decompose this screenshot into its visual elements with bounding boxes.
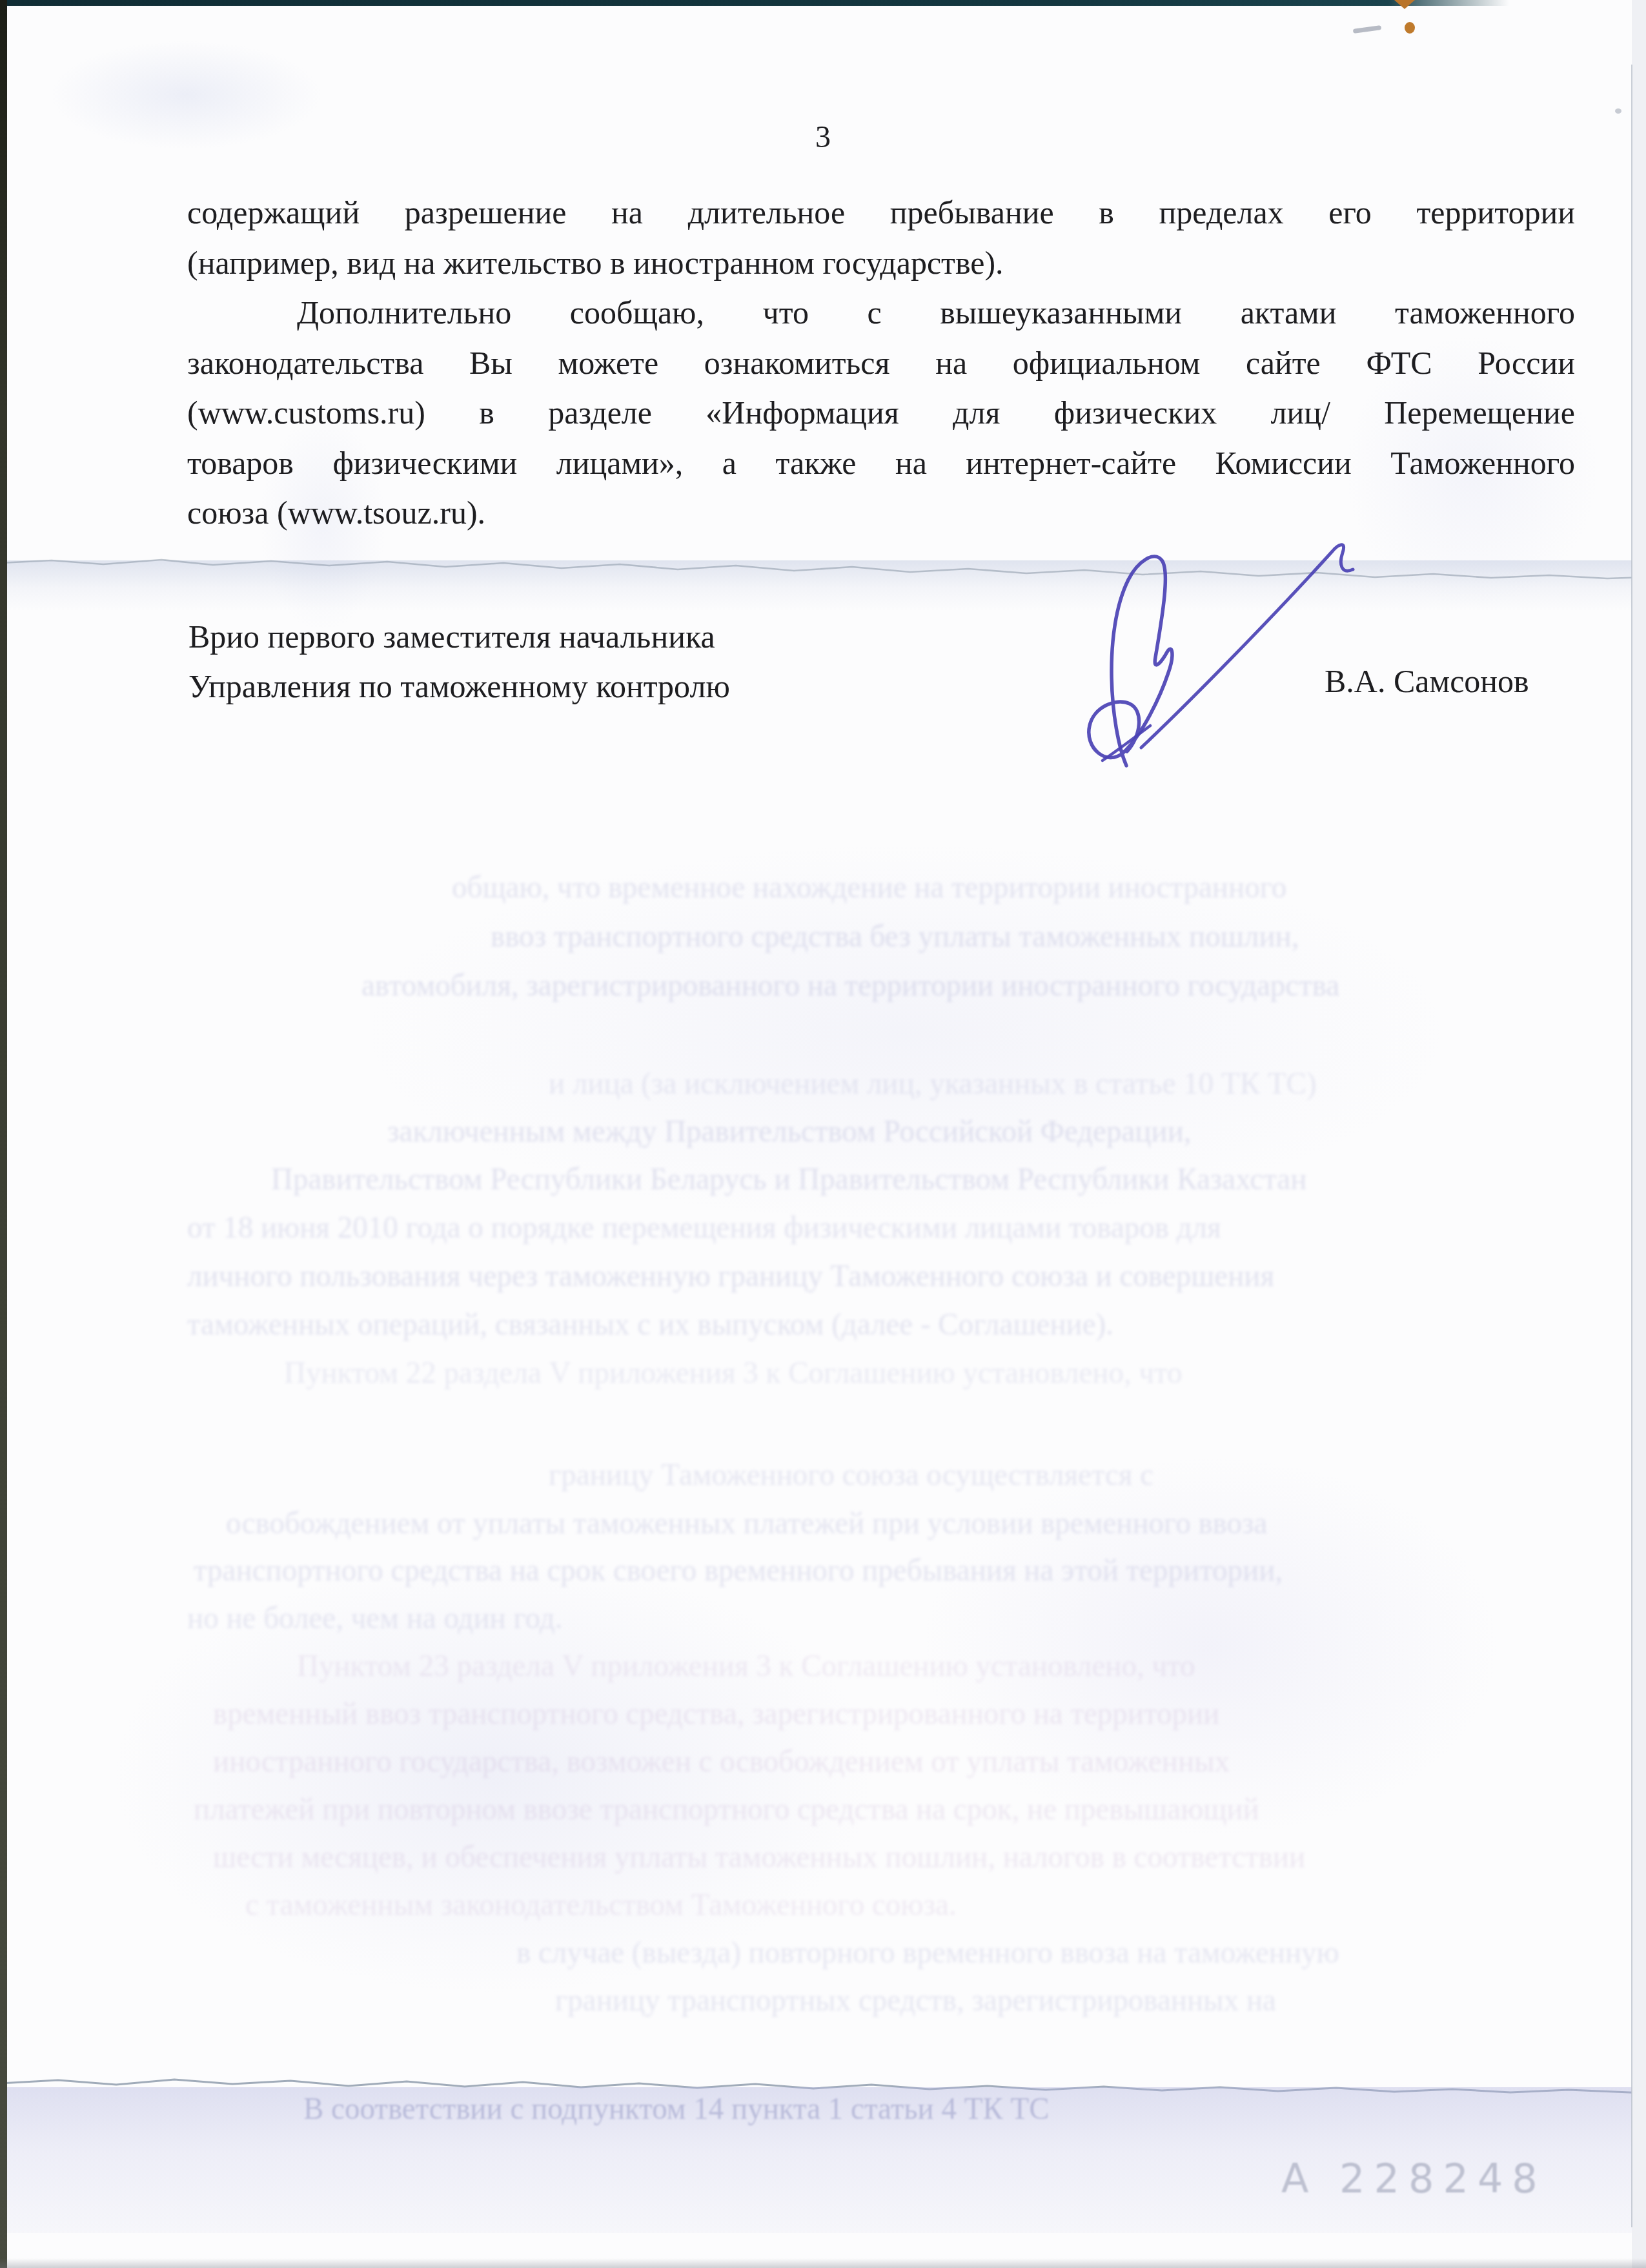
ink-speck — [1405, 22, 1415, 34]
bleed-through-line: границу транспортных средств, зарегистри… — [555, 1983, 1575, 2018]
bleed-through-line: В соответствии с подпунктом 14 пункта 1 … — [303, 2091, 1569, 2127]
handwritten-signature — [1065, 535, 1427, 773]
bleed-through-line: Правительством Республики Беларусь и Пра… — [271, 1161, 1575, 1197]
bleed-through-line: таможенных операций, связанных с их выпу… — [187, 1307, 1575, 1342]
letter-body: содержащий разрешение на длительное преб… — [187, 188, 1575, 538]
body-text-line: товаров физическими лицами», а также на … — [187, 438, 1575, 489]
bleed-through-line: но не более, чем на один год. — [187, 1600, 755, 1636]
bleed-through-line: шести месяцев, и обеспечения уплаты тамо… — [213, 1839, 1569, 1875]
signatory-position: Врио первого заместителя начальника Упра… — [188, 612, 899, 711]
paper-tint-wash — [26, 19, 426, 187]
scan-edge-right — [1632, 0, 1646, 2268]
bleed-through-line: личного пользования через таможенную гра… — [187, 1258, 1575, 1294]
paper-notch — [1394, 0, 1415, 9]
paper-right-border — [1631, 65, 1632, 2227]
scanned-letter-page: 3 содержащий разрешение на длительное пр… — [0, 0, 1646, 2268]
bleed-through-line: общаю, что временное нахождение на терри… — [452, 870, 1575, 905]
bleed-through-line: и лица (за исключением лиц, указанных в … — [549, 1066, 1575, 1101]
bleed-through-line: временный ввоз транспортного средства, з… — [213, 1696, 1575, 1732]
body-text-line: содержащий разрешение на длительное преб… — [187, 188, 1575, 238]
body-text-line: (www.customs.ru) в разделе «Информация д… — [187, 388, 1575, 438]
bleed-through-line: платежей при повторном ввозе транспортно… — [194, 1792, 1575, 1827]
bleed-through-line: заключенным между Правительством Российс… — [387, 1114, 1575, 1149]
pencil-mark — [1353, 25, 1382, 34]
bleed-through-line: транспортного средства на срок своего вр… — [194, 1553, 1575, 1588]
bleed-through-line: с таможенным законодательством Таможенно… — [245, 1887, 1252, 1923]
scan-edge-bottom — [0, 2258, 1646, 2268]
page-number: 3 — [0, 119, 1646, 155]
form-serial-number: А 228248 — [1281, 2155, 1547, 2202]
body-text-line: (например, вид на жительство в иностранн… — [187, 238, 1575, 289]
bleed-through-line: ввоз транспортного средства без уплаты т… — [491, 919, 1575, 954]
scan-edge-left — [0, 0, 7, 2268]
bleed-through-line: освобождением от уплаты таможенных плате… — [226, 1506, 1575, 1541]
body-text-line: законодательства Вы можете ознакомиться … — [187, 338, 1575, 389]
bleed-through-line: автомобиля, зарегистрированного на терри… — [361, 968, 1575, 1003]
bleed-through-line: Пунктом 22 раздела V приложения 3 к Согл… — [284, 1355, 1575, 1391]
bleed-through-line: в случае (выезда) повторного временного … — [516, 1935, 1575, 1970]
bleed-through-line: границу Таможенного союза осуществляется… — [549, 1457, 1575, 1493]
bleed-through-line: иностранного государства, возможен с осв… — [213, 1744, 1575, 1779]
bleed-through-line: от 18 июня 2010 года о порядке перемещен… — [187, 1210, 1575, 1245]
paper-speck — [1615, 108, 1621, 114]
body-text-line: Дополнительно сообщаю, что с вышеуказанн… — [187, 288, 1575, 338]
bleed-through-line: Пунктом 23 раздела V приложения 3 к Согл… — [297, 1648, 1581, 1684]
scan-edge-top — [0, 0, 1509, 6]
body-text-line: союза (www.tsouz.ru). — [187, 488, 1575, 538]
signatory-position-line1: Врио первого заместителя начальника — [188, 612, 899, 662]
signatory-position-line2: Управления по таможенному контролю — [188, 662, 899, 711]
